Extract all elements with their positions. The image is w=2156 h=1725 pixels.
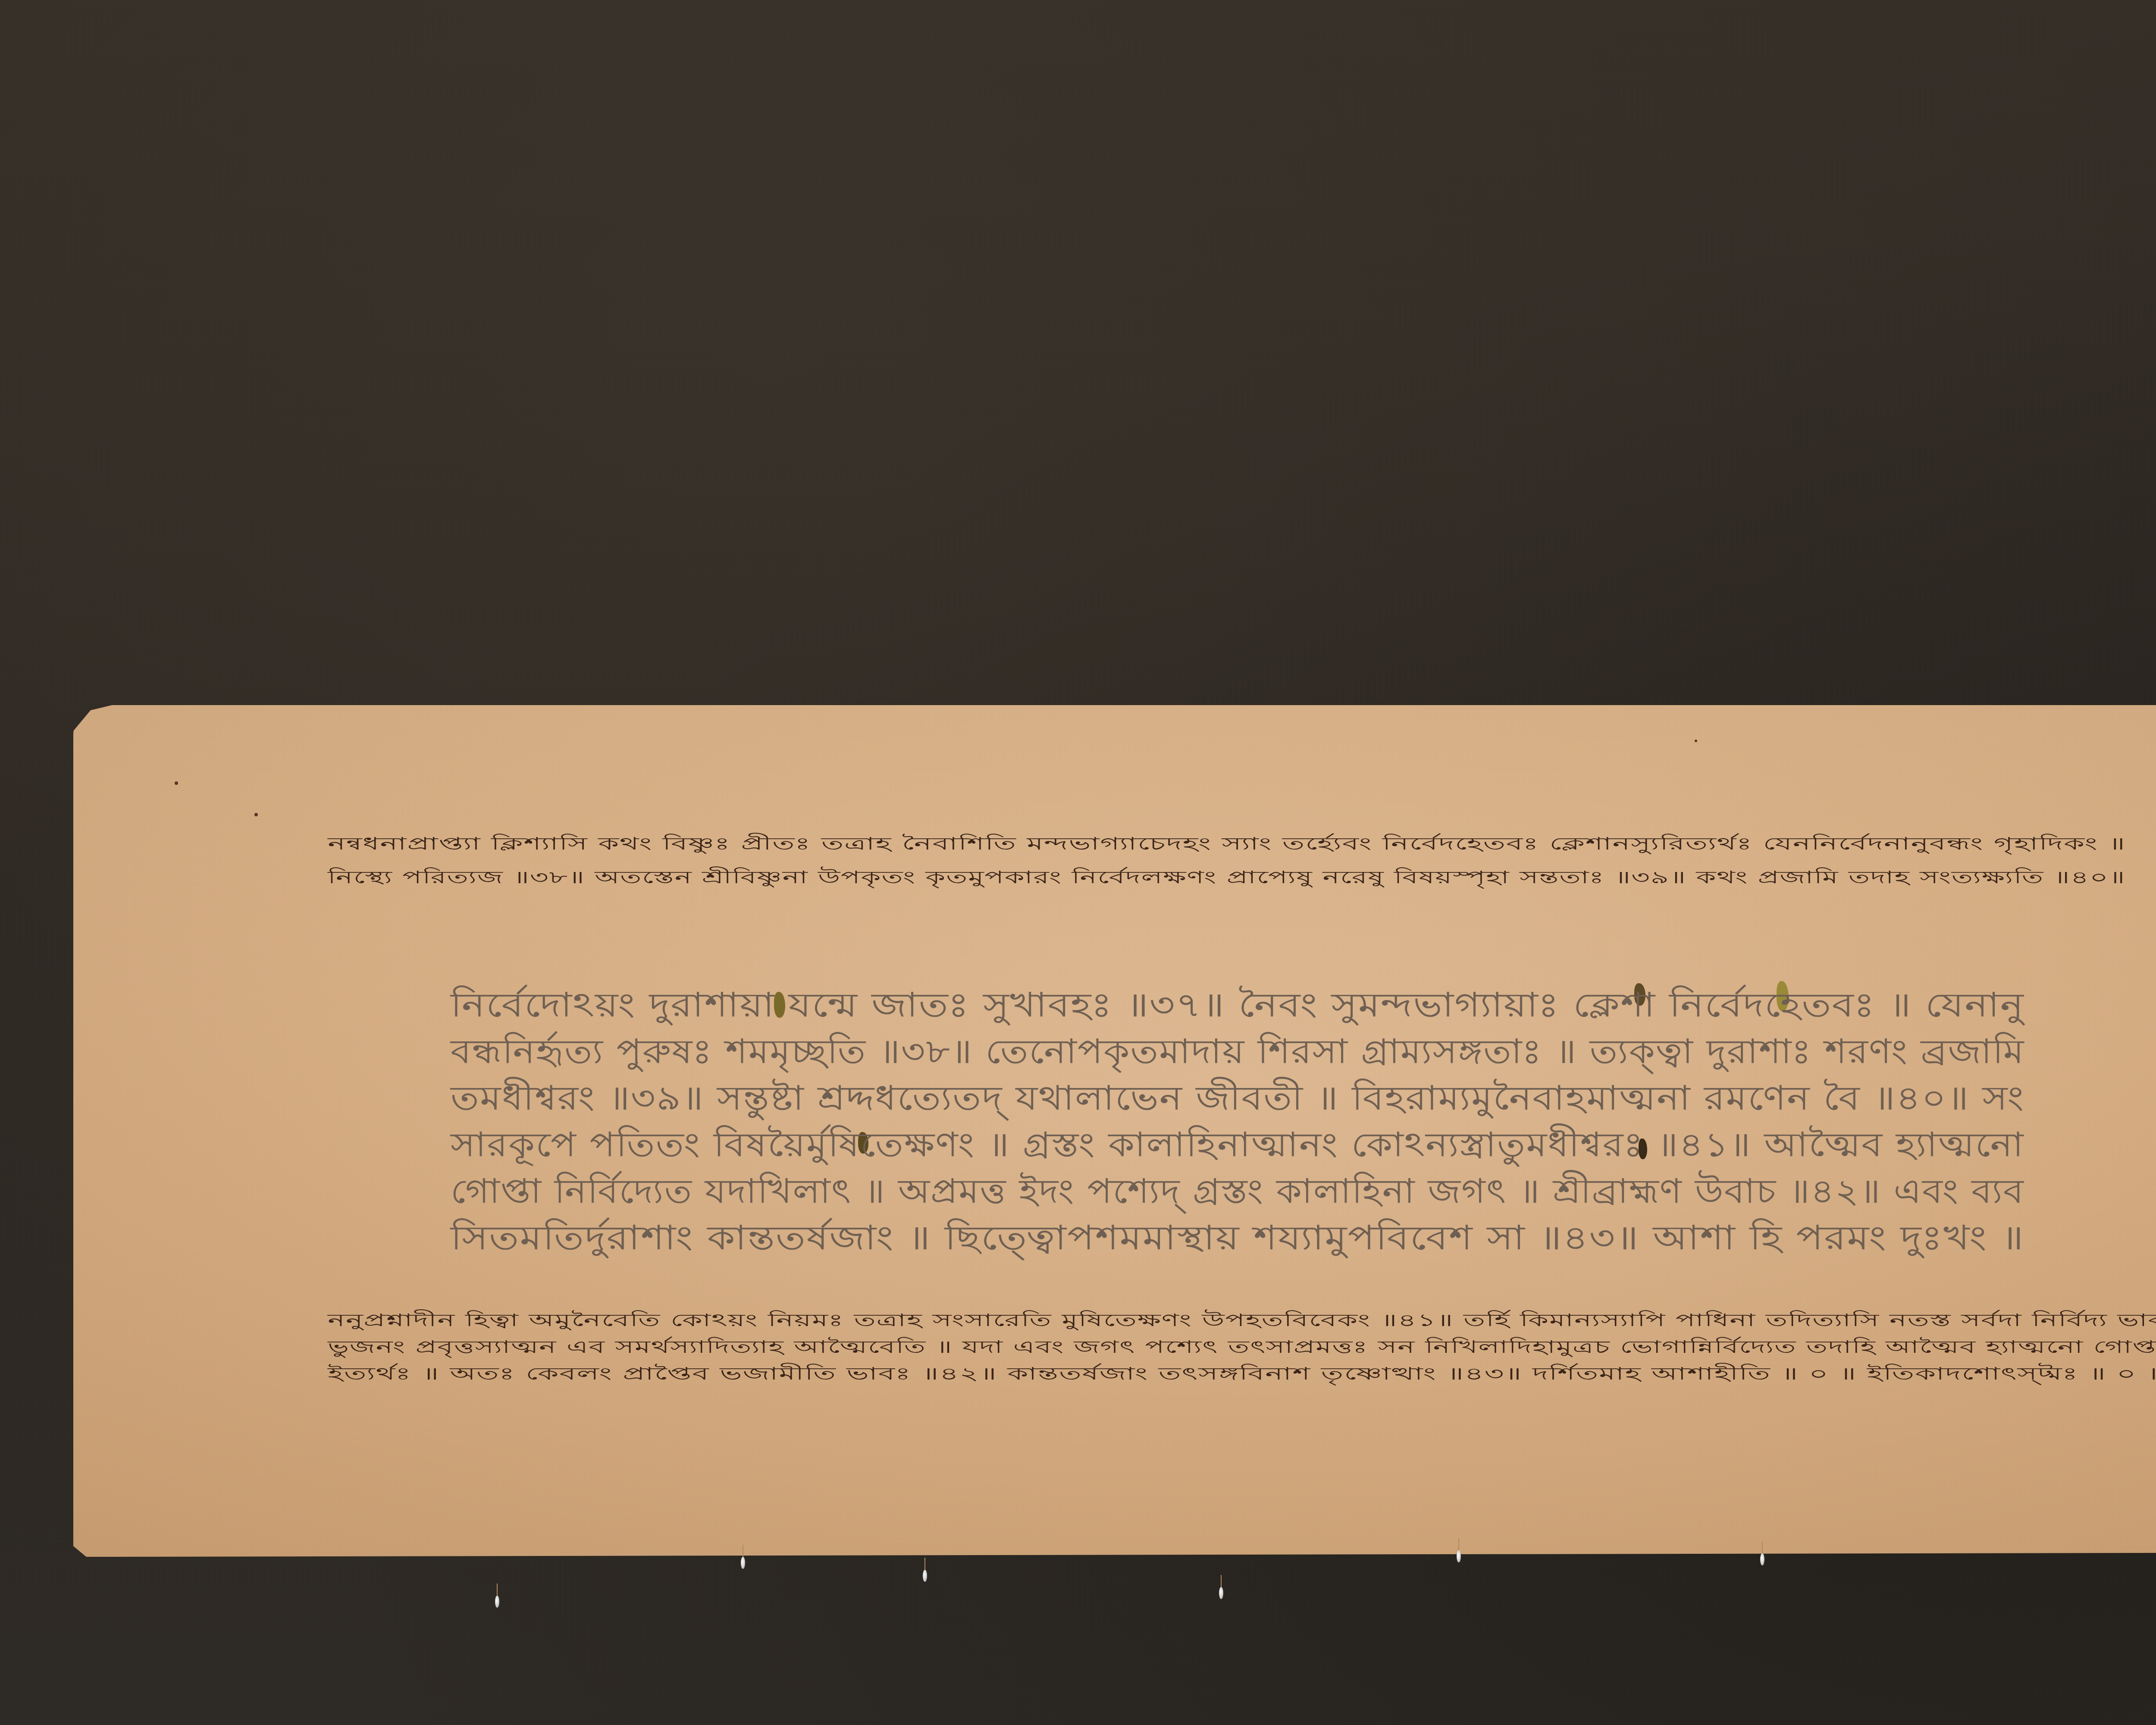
commentary-bottom: ননুপ্রশ্নাদীন হিত্বা অমুনৈবেতি কোঽয়ং নি…: [328, 1307, 2156, 1393]
mounting-pin: [1457, 1550, 1461, 1562]
paper-speck: [1695, 740, 1697, 742]
commentary-bottom-line: ভুজনং প্রবৃত্তস্যাত্মন এব সমর্থস্যাদিত্য…: [328, 1333, 2156, 1362]
mounting-pin: [923, 1570, 927, 1582]
main-verse-block: নির্বেদোঽয়ং দুরাশায়া যন্মে জাতঃ সুখাবহ…: [451, 979, 2024, 1264]
mounting-pin: [1219, 1587, 1223, 1599]
paper-speck: [175, 781, 178, 785]
commentary-top-line: নন্বধনাপ্রাপ্ত্যা ক্লিশ্যাসি কথং বিষ্ণুঃ…: [328, 830, 2126, 859]
commentary-bottom-line: ননুপ্রশ্নাদীন হিত্বা অমুনৈবেতি কোঽয়ং নি…: [328, 1307, 2156, 1336]
mounting-pin: [741, 1557, 745, 1569]
paper-speck: [254, 813, 258, 816]
mounting-pin: [1760, 1553, 1764, 1565]
verse-line: সিতমতির্দুরাশাং কান্ততর্ষজাং ॥ ছিত্ত্বোপ…: [451, 1212, 2024, 1268]
commentary-top: নন্বধনাপ্রাপ্ত্যা ক্লিশ্যাসি কথং বিষ্ণুঃ…: [328, 830, 2126, 899]
mounting-pin: [495, 1596, 499, 1608]
commentary-bottom-line: ইত্যর্থঃ ॥ অতঃ কেবলং প্রাপ্তৈব ভজামীতি ভ…: [328, 1360, 2156, 1389]
commentary-top-line: নিস্থ্যে পরিত্যজ ॥৩৮॥ অতস্তেন শ্রীবিষ্ণু…: [328, 864, 2125, 893]
